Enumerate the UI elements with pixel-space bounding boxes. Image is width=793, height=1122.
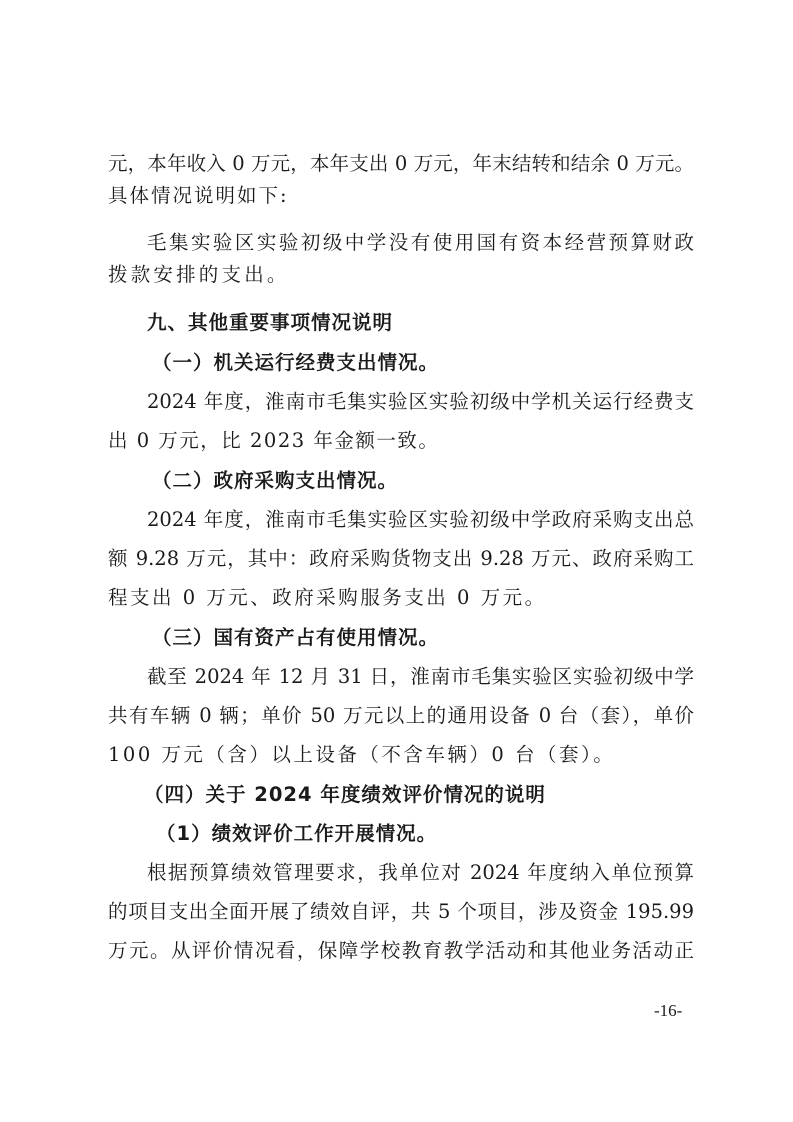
subsection-heading: （一）机关运行经费支出情况。 — [152, 353, 439, 373]
body-line: 根据预算绩效管理要求，我单位对 2024 年度纳入单位预算 — [147, 863, 694, 883]
body-line: 的项目支出全面开展了绩效自评，共 5 个项目，涉及资金 195.99 — [108, 902, 694, 922]
body-line: 具体情况说明如下: — [108, 186, 289, 206]
body-line: 截至 2024 年 12 月 31 日，淮南市毛集实验区实验初级中学 — [147, 667, 694, 687]
body-line: 2024 年度，淮南市毛集实验区实验初级中学机关运行经费支 — [147, 392, 694, 412]
subsection-heading: （三）国有资产占有使用情况。 — [152, 628, 439, 648]
body-line: 2024 年度，淮南市毛集实验区实验初级中学政府采购支出总 — [147, 510, 694, 530]
body-line: 万元。从评价情况看，保障学校教育教学活动和其他业务活动正 — [108, 941, 694, 961]
body-line: 拨款安排的支出。 — [108, 265, 290, 285]
subsection-heading: （二）政府采购支出情况。 — [152, 471, 398, 491]
section-heading: 九、其他重要事项情况说明 — [147, 313, 393, 333]
subsection-heading: （四）关于 2024 年度绩效评价情况的说明 — [144, 785, 546, 805]
body-line: 100 万元（含）以上设备（不含车辆）0 台（套）。 — [108, 745, 615, 765]
page-number: -16- — [654, 1001, 682, 1021]
body-line: 程支出 0 万元、政府采购服务支出 0 万元。 — [108, 588, 547, 608]
body-line: 毛集实验区实验初级中学没有使用国有资本经营预算财政 — [147, 233, 694, 253]
body-line: 共有车辆 0 辆；单价 50 万元以上的通用设备 0 台（套），单价 — [108, 706, 694, 726]
body-line: 元，本年收入 0 万元，本年支出 0 万元，年末结转和结余 0 万元。 — [108, 154, 694, 174]
body-line: 出 0 万元，比 2023 年金额一致。 — [108, 431, 439, 451]
body-line: 额 9.28 万元，其中：政府采购货物支出 9.28 万元、政府采购工 — [108, 549, 694, 569]
subsection-heading: （1）绩效评价工作开展情况。 — [156, 824, 437, 844]
